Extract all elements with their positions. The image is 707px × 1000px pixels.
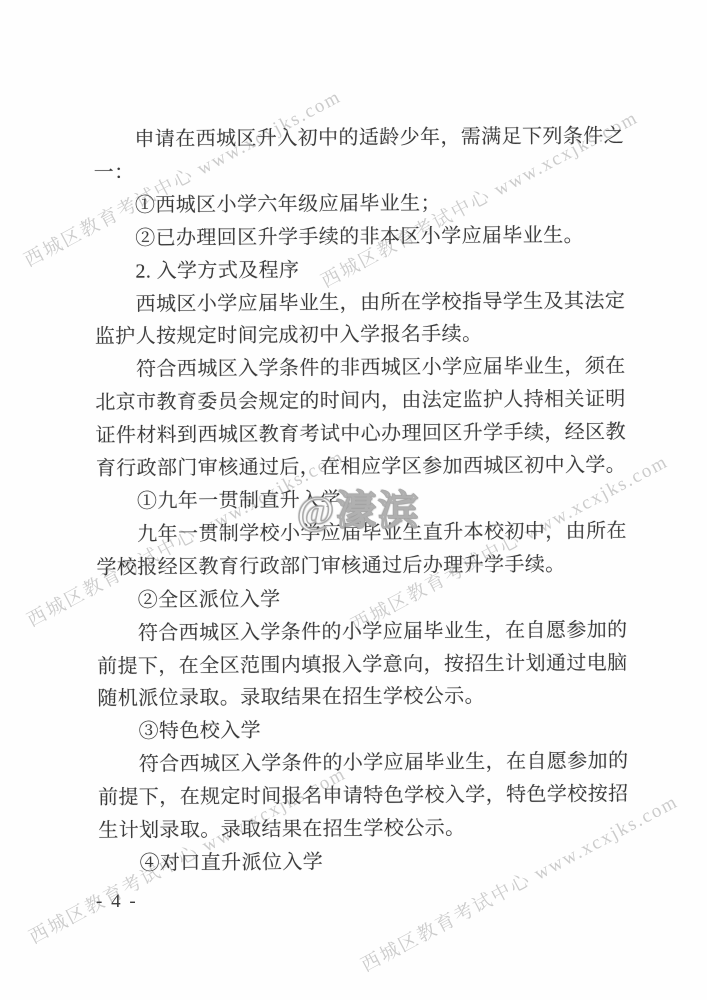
- text-line: 前提下，在规定时间报名申请特色学校入学，特色学校按招: [98, 778, 632, 815]
- text-line: 前提下，在全区范围内填报入学意向，按招生计划通过电脑: [97, 647, 631, 684]
- text-line: ④对口直升派位入学: [98, 844, 632, 881]
- text-line: 监护人按规定时间完成初中入学报名手续。: [95, 318, 629, 355]
- text-line: 学校报经区教育行政部门审核通过后办理升学手续。: [96, 548, 630, 585]
- text-line: 符合西城区入学条件的小学应届毕业生，在自愿参加的: [98, 745, 632, 782]
- page-number: - 4 -: [96, 891, 138, 913]
- text-line: 随机派位录取。录取结果在招生学校公示。: [97, 680, 631, 717]
- text-line: 申请在西城区升入初中的适龄少年，需满足下列条件之: [93, 120, 627, 157]
- text-line: ③特色校入学: [97, 712, 631, 749]
- text-line: ②已办理回区升学手续的非本区小学应届毕业生。: [94, 219, 628, 256]
- text-line: ①西城区小学六年级应届毕业生；: [94, 186, 628, 223]
- text-line: 2. 入学方式及程序: [94, 252, 628, 289]
- watermark-social-handle: @濠滨: [297, 479, 420, 536]
- text-line: ②全区派位入学: [97, 581, 631, 618]
- scanned-document-page: 西城区教育考试中心 www.xcxjks.com 西城区教育考试中心 www.x…: [0, 0, 707, 1000]
- text-line: 西城区小学应届毕业生，由所在学校指导学生及其法定: [95, 285, 629, 322]
- text-line: 符合西城区入学条件的小学应届毕业生，在自愿参加的: [97, 614, 631, 651]
- text-line: 北京市教育委员会规定的时间内，由法定监护人持相关证明: [95, 383, 629, 420]
- text-line: 符合西城区入学条件的非西城区小学应届毕业生，须在: [95, 350, 629, 387]
- text-line: 生计划录取。录取结果在招生学校公示。: [98, 811, 632, 848]
- text-line: 证件材料到西城区教育考试中心办理回区升学手续，经区教: [95, 416, 629, 453]
- text-line: 一：: [94, 153, 628, 190]
